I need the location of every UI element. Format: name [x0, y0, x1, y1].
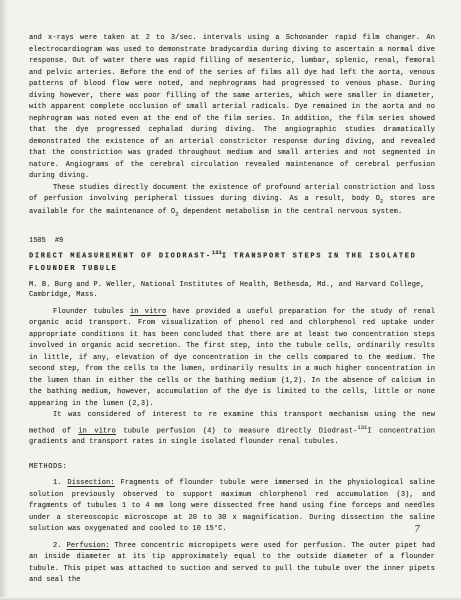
abstract-authors: M. B. Burg and P. Weller, National Insti… — [29, 280, 435, 301]
underlined-dissection-label: Dissection: — [67, 479, 114, 487]
abstract-sequence-number: #9 — [55, 237, 63, 245]
scanned-page: and x-rays were taken at 2 to 3/sec. int… — [0, 0, 461, 600]
text-segment: tubule perfusion (4) to measure directly… — [116, 427, 358, 435]
abstract-body-paragraph-1: Flounder tubules in vitro have provided … — [29, 307, 435, 411]
underlined-in-vitro: in vitro — [78, 427, 116, 435]
page-content: and x-rays were taken at 2 to 3/sec. int… — [29, 33, 435, 587]
title-segment: DIRECT MEASUREMENT OF DIODRAST- — [29, 253, 212, 261]
methods-item-dissection: 1. Dissection: Fragments of flounder tub… — [29, 478, 435, 536]
text-segment: dependent metabolism in the central nerv… — [179, 208, 403, 216]
continued-abstract-paragraph: and x-rays were taken at 2 to 3/sec. int… — [29, 33, 435, 183]
superscript-131: 131 — [212, 249, 222, 256]
page-number: 7 — [414, 525, 420, 535]
text-segment: and x-rays were taken at 2 to 3/sec. int… — [29, 34, 435, 180]
underlined-in-vitro: in vitro — [130, 308, 166, 316]
item-number: 2. — [53, 542, 67, 550]
scan-left-edge-shadow — [0, 0, 8, 600]
text-segment: Flounder tubules — [53, 308, 130, 316]
item-number: 1. — [53, 479, 67, 487]
text-segment: These studies directly document the exis… — [29, 184, 435, 204]
methods-heading: METHODS: — [29, 462, 435, 474]
methods-item-perfusion: 2. Perfusion: Three concentric micropipe… — [29, 541, 435, 587]
superscript-131: 131 — [357, 424, 367, 431]
text-segment: Fragments of flounder tubule were immers… — [29, 479, 435, 533]
abstract-number-line: 1505#9 — [29, 236, 435, 248]
text-segment: have provided a useful preparation for t… — [29, 308, 435, 408]
abstract-body-paragraph-2: It was considered of interest to re exam… — [29, 410, 435, 449]
underlined-perfusion-label: Perfusion: — [67, 542, 110, 550]
abstract-id: 1505 — [29, 237, 46, 245]
continued-abstract-conclusion-paragraph: These studies directly document the exis… — [29, 183, 435, 220]
abstract-title: DIRECT MEASUREMENT OF DIODRAST-131I TRAN… — [29, 247, 435, 274]
